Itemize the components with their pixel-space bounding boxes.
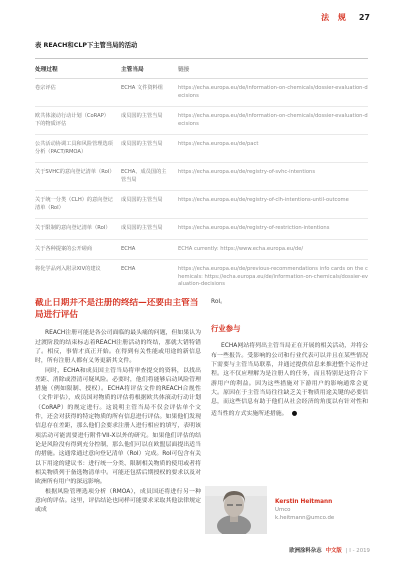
table-cell-process: 公共活动协调工具和风险管理选项分析（PACT/RMOA） <box>35 141 121 156</box>
table-cell-authority: 成员国的主管当局 <box>121 141 178 156</box>
article-paragraph: 同时，ECHA和成员国主管当局将审查提交的资料，以找出差距、消除或澄清可疑风险。… <box>35 367 201 488</box>
table-row: 公共活动协调工具和风险管理选项分析（PACT/RMOA） 成员国的主管当局 ht… <box>35 135 368 163</box>
author-block: Kerstin Heitmann Umco k.heitmann@umco.de <box>205 486 368 534</box>
table-cell-link: ECHA currently: https://www.echa.europa.… <box>178 246 368 254</box>
table-cell-link: https://echa.europa.eu/de/pact <box>178 141 368 156</box>
author-email: k.heitmann@umco.de <box>275 514 334 522</box>
authorities-table: 表 REACH和CLP下主管当局的活动 处理过程 主管当局 链接 卷宗评估 EC… <box>35 40 368 292</box>
article-paragraph: ECHA网站将列出主管当局正在开展的相关活动，并将公布一些报告。受影响的公司和行… <box>211 342 368 419</box>
table-cell-authority: ECHA <box>121 246 178 254</box>
table-title: 表 REACH和CLP下主管当局的活动 <box>35 40 368 49</box>
table-body: 卷宗评估 ECHA 文件资料组 https://echa.europa.eu/d… <box>35 79 368 292</box>
table-header-process: 处理过程 <box>35 64 121 73</box>
table-cell-authority: ECHA、成员国的主管当局 <box>121 169 178 184</box>
section-label: 法 规 <box>321 12 349 23</box>
page-footer: 欧洲涂料杂志 中文版 | I - 2019 <box>289 546 370 554</box>
table-header-row: 处理过程 主管当局 链接 <box>35 59 368 79</box>
table-cell-authority: 成员国的主管当局 <box>121 225 178 233</box>
table-row: 关于各种提案的公开磋商 ECHA ECHA currently: https:/… <box>35 240 368 261</box>
table-cell-authority: ECHA 文件资料组 <box>121 85 178 100</box>
table-cell-link: https://echa.europa.eu/de/information-on… <box>178 85 368 100</box>
footer-journal: 欧洲涂料杂志 <box>289 546 321 554</box>
table-cell-authority: 成员国的主管当局 <box>121 113 178 128</box>
author-photo <box>205 486 267 534</box>
table-cell-authority: ECHA <box>121 266 178 289</box>
table-row: 卷宗评估 ECHA 文件资料组 https://echa.europa.eu/d… <box>35 79 368 107</box>
table-cell-link: https://echa.europa.eu/de/registry-of-cl… <box>178 197 368 212</box>
author-name: Kerstin Heitmann <box>275 498 334 507</box>
table-cell-link: https://echa.europa.eu/de/previous-recom… <box>178 266 368 289</box>
industry-subheading: 行业参与 <box>211 323 368 334</box>
table-row: 欧共体滚动行动计划（CoRAP）下的物质评估 成员国的主管当局 https://… <box>35 107 368 135</box>
end-of-article-icon: ● <box>292 409 298 417</box>
table-cell-process: 关于各种提案的公开磋商 <box>35 246 121 254</box>
magazine-page: { "colors": { "accent_red": "#d5301f" },… <box>0 0 400 566</box>
table-cell-process: 将化学品列入附录XIV的建议 <box>35 266 121 289</box>
author-company: Umco <box>275 506 334 514</box>
footer-issue: | I - 2019 <box>346 548 370 554</box>
table-row: 将化学品列入附录XIV的建议 ECHA https://echa.europa.… <box>35 260 368 292</box>
left-column-paragraphs: REACH注册可能是各公司面临的最头痛的问题，但如果认为过渡阶段的结束标志着RE… <box>35 329 201 516</box>
table-row: 关于限制的意向登记清单（RoI） 成员国的主管当局 https://echa.e… <box>35 219 368 240</box>
article-paragraph: REACH注册可能是各公司面临的最头痛的问题，但如果认为过渡阶段的结束标志着RE… <box>35 329 201 366</box>
right-paragraph-text: ECHA网站将列出主管当局正在开展的相关活动，并将公布一些报告。受影响的公司和行… <box>211 343 368 416</box>
table-cell-process: 卷宗评估 <box>35 85 121 100</box>
table-cell-process: 欧共体滚动行动计划（CoRAP）下的物质评估 <box>35 113 121 128</box>
table-header-authority: 主管当局 <box>121 64 178 73</box>
table-cell-process: 关于统一分类（CLH）的意向登记清单（RoI） <box>35 197 121 212</box>
table-cell-process: 关于限制的意向登记清单（RoI） <box>35 225 121 233</box>
table-cell-link: https://echa.europa.eu/de/registry-of-sv… <box>178 169 368 184</box>
article-left-column: 截止日期并不是注册的终结—还要由主管当局进行评估 REACH注册可能是各公司面临… <box>35 298 201 542</box>
table-row: 关于统一分类（CLH）的意向登记清单（RoI） 成员国的主管当局 https:/… <box>35 191 368 219</box>
article-paragraph: 根据风险管理选项分析（RMOA），成员国还将进行另一种意向的评估。这里，评估结论… <box>35 488 201 516</box>
table-cell-link: https://echa.europa.eu/de/registry-of-re… <box>178 225 368 233</box>
author-meta: Kerstin Heitmann Umco k.heitmann@umco.de <box>275 498 334 523</box>
table-header-link: 链接 <box>178 64 368 73</box>
article-headline: 截止日期并不是注册的终结—还要由主管当局进行评估 <box>35 298 201 321</box>
column-overflow-text: RoI。 <box>211 298 368 307</box>
footer-edition: 中文版 <box>326 546 342 554</box>
page-header: 法 规 27 <box>321 12 370 23</box>
table-cell-link: https://echa.europa.eu/de/information-on… <box>178 113 368 128</box>
table-row: 关于SVHC的意向登记清单（RoI） ECHA、成员国的主管当局 https:/… <box>35 163 368 191</box>
table-cell-process: 关于SVHC的意向登记清单（RoI） <box>35 169 121 184</box>
page-number: 27 <box>359 13 370 22</box>
table-cell-authority: 成员国的主管当局 <box>121 197 178 212</box>
